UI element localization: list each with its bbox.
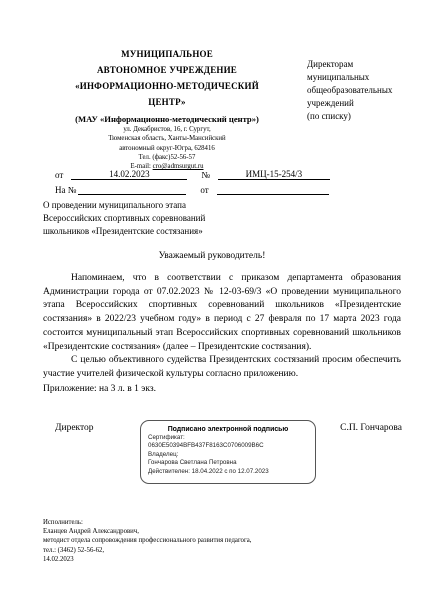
reply-number-blank (78, 194, 186, 195)
letter-number: ИМЦ-15-254/3 (218, 169, 330, 180)
body-paragraph-2: С целью объективного судейства Президент… (43, 354, 401, 381)
subject-line: О проведении муниципального этапа (43, 199, 273, 212)
org-name-line: ЦЕНТР» (43, 94, 291, 110)
subject-line: Всероссийских спортивных соревнований (43, 212, 273, 225)
from-label: от (55, 170, 63, 180)
stamp-owner-label: Владелец: (148, 451, 308, 459)
reply-from-label: от (200, 185, 208, 195)
subject-line: школьников «Президентские состязания» (43, 225, 273, 238)
reply-date-blank (217, 194, 329, 195)
reference-row-reply: На № от (55, 180, 330, 195)
org-phone-line: Тел. (факс)52-56-57 (43, 153, 291, 162)
recipient-line: учреждений (307, 97, 392, 110)
org-name-line: АВТОНОМНОЕ УЧРЕЖДЕНИЕ (43, 62, 291, 78)
stamp-validity: Действителен: 18.04.2022 с по 12.07.2023 (148, 468, 308, 476)
org-address-line: автономный округ-Югра, 628416 (43, 144, 291, 153)
org-name-line: МУНИЦИПАЛЬНОЕ (43, 46, 291, 62)
number-label: № (201, 170, 210, 180)
letter-body: Напоминаем, что в соответствии с приказо… (43, 272, 401, 382)
stamp-title: Подписано электронной подписью (148, 425, 308, 434)
greeting: Уважаемый руководитель! (0, 251, 424, 261)
org-short-name: (МАУ «Информационно-методический центр») (43, 113, 291, 125)
digital-signature-stamp: Подписано электронной подписью Сертифика… (140, 420, 316, 484)
stamp-owner-name: Гончарова Светлана Петровна (148, 459, 308, 467)
reply-label: На № (55, 185, 76, 195)
executor-block: Исполнитель: Еланцев Андрей Александрови… (43, 518, 251, 564)
org-address-line: Тюменская область, Ханты-Мансийский (43, 134, 291, 143)
document-page: МУНИЦИПАЛЬНОЕ АВТОНОМНОЕ УЧРЕЖДЕНИЕ «ИНФ… (0, 0, 424, 600)
signer-name: С.П. Гончарова (340, 423, 402, 433)
executor-label: Исполнитель: (43, 518, 251, 527)
subject-block: О проведении муниципального этапа Всерос… (43, 199, 273, 239)
reference-row-outgoing: от 14.02.2023 № ИМЦ-15-254/3 (55, 165, 330, 180)
recipient-line: Директорам (307, 58, 392, 71)
letter-date: 14.02.2023 (71, 169, 187, 180)
org-address-line: ул. Декабристов, 16, г. Сургут, (43, 125, 291, 134)
recipient-block: Директорам муниципальных общеобразовател… (307, 46, 392, 171)
recipient-line: муниципальных (307, 71, 392, 84)
stamp-cert-label: Сертификат: (148, 434, 308, 442)
signer-position: Директор (55, 423, 94, 433)
recipient-line: (по списку) (307, 110, 392, 123)
recipient-line: общеобразовательных (307, 84, 392, 97)
executor-phone: тел.: (3462) 52-56-62, (43, 546, 251, 555)
executor-date: 14.02.2023 (43, 555, 251, 564)
letterhead: МУНИЦИПАЛЬНОЕ АВТОНОМНОЕ УЧРЕЖДЕНИЕ «ИНФ… (43, 46, 404, 171)
body-paragraph-1: Напоминаем, что в соответствии с приказо… (43, 272, 401, 354)
org-name-line: «ИНФОРМАЦИОННО-МЕТОДИЧЕСКИЙ (43, 78, 291, 94)
attachment-note: Приложение: на 3 л. в 1 экз. (43, 384, 156, 394)
stamp-cert-number: 0630E50394BFB437F8163C0706009B6C (148, 442, 308, 450)
reference-block: от 14.02.2023 № ИМЦ-15-254/3 На № от (55, 165, 330, 195)
org-block: МУНИЦИПАЛЬНОЕ АВТОНОМНОЕ УЧРЕЖДЕНИЕ «ИНФ… (43, 46, 291, 171)
executor-name: Еланцев Андрей Александрович, (43, 527, 251, 536)
executor-title: методист отдела сопровождения профессион… (43, 536, 251, 545)
